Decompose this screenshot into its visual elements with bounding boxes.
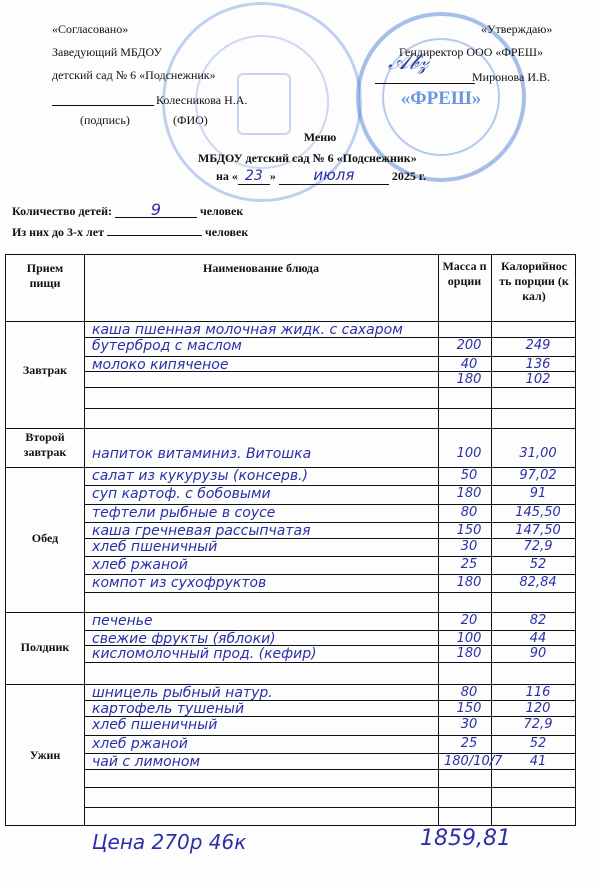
dish-name: бутерброд с маслом <box>92 338 242 354</box>
sign-caption: (подпись) <box>80 113 130 128</box>
date-month: июля <box>279 166 389 185</box>
portion-mass: 25 <box>444 736 494 751</box>
portion-mass: 150 <box>444 523 494 538</box>
approval-left-name: Колесникова Н.А. <box>156 93 247 108</box>
dish-name: молоко кипяченое <box>92 357 228 373</box>
header-mass: Масса порции <box>440 259 489 289</box>
dish-name: свежие фрукты (яблоки) <box>92 631 276 647</box>
dish-name: чай с лимоном <box>92 754 200 770</box>
dish-name: компот из сухофруктов <box>92 575 266 591</box>
dish-name: суп картоф. с бобовыми <box>92 486 271 502</box>
portion-kcal: 72,9 <box>498 717 578 732</box>
menu-title: Меню <box>0 130 600 145</box>
children-under3-unit: человек <box>205 225 248 239</box>
signature-scribble: 𝒜𝒷𝓏 <box>388 50 428 75</box>
dish-name: салат из кукурузы (консерв.) <box>92 468 308 484</box>
portion-mass: 25 <box>444 557 494 572</box>
portion-kcal: 82,84 <box>498 575 578 590</box>
footer-total-kcal: 1859,81 <box>420 826 511 851</box>
portion-kcal: 31,00 <box>498 446 578 461</box>
dish-name: хлеб ржаной <box>92 736 188 752</box>
date-prefix: на « <box>216 169 238 183</box>
approval-left-position: Заведующий МБДОУ <box>52 45 162 60</box>
stamp-company-name: «ФРЕШ» <box>360 88 522 110</box>
row-divider <box>84 787 575 788</box>
children-count-unit: человек <box>200 204 243 218</box>
portion-mass: 20 <box>444 613 494 628</box>
name-caption: (ФИО) <box>173 113 208 128</box>
dish-name: картофель тушеный <box>92 701 244 717</box>
portion-kcal: 90 <box>498 646 578 661</box>
section-divider <box>6 428 575 429</box>
portion-mass: 80 <box>444 685 494 700</box>
portion-mass: 30 <box>444 717 494 732</box>
row-divider <box>84 592 575 593</box>
signature-line-right <box>375 83 475 84</box>
children-under3-row: Из них до 3-х лет человек <box>12 222 248 240</box>
meal-label: Второй завтрак <box>6 430 84 460</box>
approval-left-org: детский сад № 6 «Подснежник» <box>52 68 216 83</box>
portion-mass: 200 <box>444 338 494 353</box>
meal-label: Полдник <box>6 640 84 655</box>
meal-label: Ужин <box>6 748 84 763</box>
meal-label: Обед <box>6 531 84 546</box>
portion-kcal: 147,50 <box>498 523 578 538</box>
portion-mass: 180 <box>444 486 494 501</box>
row-divider <box>84 807 575 808</box>
portion-kcal: 120 <box>498 701 578 716</box>
portion-kcal: 91 <box>498 486 578 501</box>
children-count-value: 9 <box>115 203 197 218</box>
portion-mass: 100 <box>444 631 494 646</box>
approval-left-heading: «Согласовано» <box>52 22 128 37</box>
row-divider <box>84 408 575 409</box>
portion-mass: 180 <box>444 372 494 387</box>
portion-kcal: 136 <box>498 357 578 372</box>
row-divider <box>84 662 575 663</box>
portion-mass: 100 <box>444 446 494 461</box>
dish-name: шницель рыбный натур. <box>92 685 273 701</box>
portion-kcal: 116 <box>498 685 578 700</box>
portion-kcal: 97,02 <box>498 468 578 483</box>
menu-subtitle: МБДОУ детский сад № 6 «Подснежник» <box>198 151 417 166</box>
dish-name: напиток витаминиз. Витошка <box>92 446 311 462</box>
approval-right-heading: «Утверждаю» <box>481 22 552 37</box>
header-kcal: Калорийность порции (ккал) <box>498 259 570 304</box>
dish-name: каша гречневая рассыпчатая <box>92 523 311 539</box>
footer-price: Цена 270р 46к <box>92 830 246 854</box>
children-under3-value <box>107 222 202 236</box>
portion-mass: 50 <box>444 468 494 483</box>
portion-kcal: 249 <box>498 338 578 353</box>
dish-name: каша пшенная молочная жидк. с сахаром <box>92 322 403 338</box>
menu-date: на «23» июля 2025 г. <box>216 166 426 185</box>
portion-kcal: 41 <box>498 754 578 769</box>
dish-name: печенье <box>92 613 153 629</box>
portion-kcal: 102 <box>498 372 578 387</box>
menu-table: Прием пищи Наименование блюда Масса порц… <box>5 254 576 826</box>
portion-mass: 40 <box>444 357 494 372</box>
portion-kcal: 52 <box>498 557 578 572</box>
portion-mass: 30 <box>444 539 494 554</box>
row-divider <box>84 387 575 388</box>
portion-mass: 180/10/7 <box>444 754 494 769</box>
portion-kcal: 145,50 <box>498 505 578 520</box>
portion-kcal: 52 <box>498 736 578 751</box>
header-meal: Прием пищи <box>14 261 76 291</box>
date-mid: » <box>270 169 276 183</box>
dish-name: кисломолочный прод. (кефир) <box>92 646 317 662</box>
portion-mass: 80 <box>444 505 494 520</box>
dish-name: хлеб пшеничный <box>92 717 217 733</box>
portion-mass: 180 <box>444 575 494 590</box>
portion-kcal: 44 <box>498 631 578 646</box>
dish-name: хлеб ржаной <box>92 557 188 573</box>
portion-mass: 180 <box>444 646 494 661</box>
dish-name: тефтели рыбные в соусе <box>92 505 275 521</box>
children-under3-label: Из них до 3-х лет <box>12 225 104 239</box>
portion-mass: 150 <box>444 701 494 716</box>
approval-right-name: Миронова И.В. <box>472 70 550 85</box>
portion-kcal: 82 <box>498 613 578 628</box>
signature-line-left <box>52 105 154 106</box>
header-dish: Наименование блюда <box>86 261 436 276</box>
date-day: 23 <box>238 168 270 185</box>
children-count-label: Количество детей: <box>12 204 112 218</box>
date-year: 2025 г. <box>392 169 426 183</box>
portion-kcal: 72,9 <box>498 539 578 554</box>
dish-name: хлеб пшеничный <box>92 539 217 555</box>
children-count-row: Количество детей: 9 человек <box>12 203 243 219</box>
meal-label: Завтрак <box>6 363 84 378</box>
